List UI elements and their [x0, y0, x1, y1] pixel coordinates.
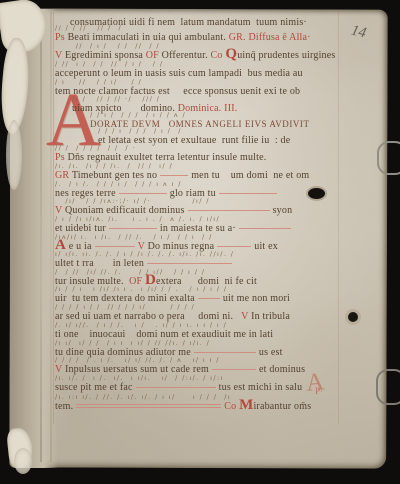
neume-row: ∕ ∕ ∕ ∕ ı ∕ ∕ ∕∕ ∕ ∕ ∕ ı∕ ∕ ∕ ∕ ∕ — [55, 303, 290, 311]
parchment-fray — [14, 448, 32, 474]
neume-row: ∕ ∕ ∕ ∕ ∕ . ı ∕. ı∕ ı∕ ∕∕. ∕. ∕ ʌ ı∕ ı ı… — [55, 356, 305, 364]
neume-row: ∕ ∕ ı ∕ ∕ ∕ ∕ ∕ ı ∕ ∕ ʌ ∕ — [90, 111, 310, 119]
neume-row: ∕ ∕ ∕ ı ∕ ∕ ∕ ∕ ı ∕ ∕ — [98, 127, 290, 135]
line-filler — [119, 193, 167, 194]
neume-row: ∕∕ ∕ ı ∕ ∕ ∕ ∕∕ ∕ ∕ — [55, 42, 335, 50]
text-segment: susce pit me et fac — [55, 382, 133, 393]
red-offset-mark: P· — [315, 386, 323, 396]
line-filler — [136, 387, 216, 388]
text-line: ∕ı. ∕ı. ∕ı ∕ ∕ ∕ı. ∕ ∕∕ ∕ ı∕ ∕ GR Timebu… — [55, 162, 309, 181]
parchment-hole — [308, 188, 325, 199]
text-line: ∕ı∕ ∕ ∕ ∕ıʌ:·;∕· ı∕ ∕· ∕ı∕ ∕ V Quoniam e… — [55, 197, 292, 216]
text-line: ı∕ ı∕ı. ıı. ∕. ∕. ∕ ı ∕ ∕ı ∕. ∕. ∕. ı∕ı.… — [55, 250, 235, 269]
neume-row: ∕ ∕∕ ı ∕ ∕ ∕ ∕∕ ∕ ı ∕ ∕ ∕ — [55, 60, 303, 68]
neume-row: ∕ı ı∕ ı∕ ∕ ∕ ∕ ı ı ı ı∕ ∕ ∕∕ ∕∕ı. ∕ ı∕ı.… — [55, 339, 283, 347]
ruling-line-right — [338, 12, 339, 424]
neume-row: ∕ı. ∕ı. ∕ı ∕ ∕ ∕ı. ∕ ∕∕ ∕ ı∕ ∕ — [55, 162, 309, 170]
manuscript-photograph: { "page": { "folio_number": "14", "initi… — [0, 0, 400, 484]
line-filler — [147, 263, 232, 264]
line-filler — [194, 352, 256, 353]
neume-row: ∕∕ ∕ ∕∕ ∕ ∕∕ ·∕ ∕∕∕ ∕ — [72, 95, 237, 103]
neume-row: ∕ıʌ∕ı∕ ı. ı ∕ı. ∕ ∕∕ ∕. ∕ ı ∕ ∕ ∕ ı ∕ ∕ — [55, 233, 278, 241]
text-line: ∕ı ∕ ∕ ı ı ∕ı∕ ∕ı ı . ı ∕ı∕ ∕ ∕ . ∕ ı ∕ … — [55, 285, 290, 304]
text-line: ∕ ı ∕ ∕ı ı∕ıʌ. ∕ı. ı . ı . ∕ ʌ ∕. ı. ∕ ı… — [55, 215, 294, 234]
text-line: ∕ı. ı:ı ı∕. ∕ ∕∕. ∕. ı∕. ı∕. ∕ ı ı∕ ı ∕ … — [55, 393, 311, 412]
neume-row: ∕. ∕ ı ∕. ∕ ∕ ∕ ı ∕ ∕ ∕ ∕ ı ʌ ı ∕ — [55, 180, 280, 188]
text-segment: uit ex — [254, 241, 278, 252]
text-line: ∕. ı∕ ı∕∕. ∕ ı ∕ ∕. ı ∕ . ı∕ ∕ ı ı. ı ı … — [55, 321, 273, 340]
line-filler — [109, 228, 157, 229]
line-filler — [219, 193, 277, 194]
line-filler — [188, 210, 270, 211]
neume-row: ∕ı∕ ∕ ∕ ∕ıʌ:·;∕· ı∕ ∕· ∕ı∕ ∕ — [55, 197, 292, 205]
parchment-fray — [6, 120, 22, 190]
neume-row: ∕∕ ∕ ∕ ∕ ∕ ∕ ∕ ∕ ∕ · — [55, 144, 266, 152]
text-line: ∕ ∕ ∕ ∕ ı ∕ ∕ ∕∕ ∕ ∕ ∕ ı∕ ∕ ∕ ∕ ∕ ar sed… — [55, 303, 290, 322]
ruling-line-left — [53, 12, 54, 424]
neume-row: ∕ı. ı∕. ∕ ı ∕. ı∕. ı ı∕ı. ı∕ ∕ ∕:ı∕. ∕ ı… — [55, 374, 302, 382]
line-filler — [212, 369, 256, 370]
neume-row: ∕∕ ∕ ∕ ∕∕ ∕∕ ∕ ∕ — [55, 24, 311, 32]
neume-row: ı∕ ı∕ı. ıı. ∕. ∕. ∕ ı ∕ ∕ı ∕. ∕. ∕. ı∕ı.… — [55, 250, 235, 258]
text-line: ∕∕ ∕ ı ∕ ∕ ∕ ∕∕ ∕ ∕ V Egredimini sponsa … — [55, 42, 335, 61]
line-filler — [198, 298, 220, 299]
neume-row: ∕. ı∕ ı∕∕. ∕ ı ∕ ∕. ı ∕ . ı∕ ∕ ı ı. ı ı … — [55, 321, 273, 329]
neume-row — [70, 9, 307, 17]
text-line: ∕ ∕ ∕ ∕ ∕ . ı ∕. ı∕ ı∕ ∕∕. ∕. ∕ ʌ ı∕ ı ı… — [55, 356, 305, 375]
text-segment: tus est michi in salu — [219, 382, 303, 393]
gutter-crease — [40, 12, 42, 462]
line-filler-double — [76, 404, 221, 408]
neume-row: ∕ı. ı:ı ı∕. ∕ ∕∕. ∕. ı∕. ı∕. ∕ ı ı∕ ı ∕ … — [55, 393, 311, 401]
chant-text: tem.Co Mirabantur om̄s — [55, 401, 311, 412]
line-filler — [239, 228, 291, 229]
parchment-hole — [348, 312, 358, 322]
page-clip-icon — [376, 369, 400, 405]
page-clip-icon — [377, 141, 400, 175]
line-filler — [217, 246, 251, 247]
rubric-label: Co — [224, 401, 239, 412]
neume-row: ∕ ∕ ∕∕ ∕ı∕ ∕∕. ∕. ∕ ∕ ı∕∕ ∕ ∕ ı ∕ ∕ — [55, 268, 257, 276]
text-line: ∕ı. ı∕. ∕ ı ∕. ı∕. ı ı∕ı. ı∕ ∕ ∕:ı∕. ∕ ı… — [55, 374, 302, 393]
text-line: ∕ ∕∕ ı ∕ ∕ ∕ ∕∕ ∕ ı ∕ ∕ ∕ acceperunt o l… — [55, 60, 303, 79]
text-segment: irabantur om̄s — [253, 401, 311, 412]
text-line: ∕∕ ∕ ∕ ∕ ∕ ∕ ∕ ∕ ∕ · Ps Dn̄s regnauit ex… — [55, 144, 266, 163]
text-segment: tem. — [55, 401, 73, 412]
text-line: ∕∕ ∕ ∕ ∕∕ ∕∕ ∕ ∕ Ps Beati immaculati in … — [55, 24, 311, 43]
chant-text: susce pit me et factus est michi in salu — [55, 382, 302, 393]
line-filler — [95, 246, 135, 247]
neume-row: ∕ ı ∕ ∕ı ı∕ıʌ. ∕ı. ı . ı . ∕ ʌ ∕. ı. ∕ ı… — [55, 215, 294, 223]
line-filler — [160, 175, 188, 176]
neume-row: ∕ı ∕ ∕ ı ı ∕ı∕ ∕ı ı . ı ∕ı∕ ∕ ∕ . ∕ ı ∕ … — [55, 285, 290, 293]
neume-row: ∕ ı ∕∕ ∕ ∕ ı∕ ∕ ∕ — [55, 78, 300, 86]
